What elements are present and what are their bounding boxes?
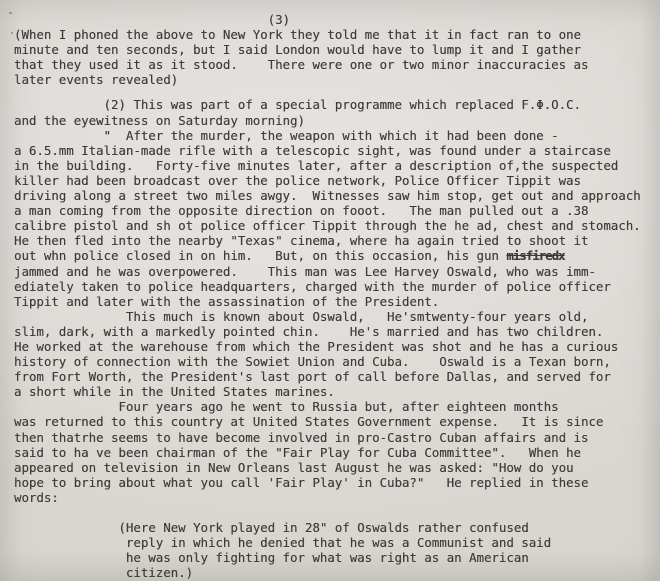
document-line: in the building. Forty-five minutes late… — [14, 158, 660, 173]
document-line: words: — [14, 490, 660, 505]
text-segment: He worked at the warehouse from which th… — [14, 339, 618, 354]
text-segment: jammed and he was overpowered. This man … — [14, 264, 596, 279]
text-segment: history of connection with the Sowiet Un… — [14, 354, 611, 369]
text-segment: killer had been broadcast over the polic… — [14, 173, 581, 188]
text-segment: (When I phoned the above to New York the… — [14, 27, 581, 42]
document-line: appeared on television in New Orleans la… — [14, 460, 660, 475]
text-segment: a short while in the United States marin… — [14, 384, 335, 399]
document-line: Tippit and later with the assassination … — [14, 294, 660, 309]
text-segment: appeared on television in New Orleans la… — [14, 460, 574, 475]
document-line: said to ha ve been chairman of the "Fair… — [14, 445, 660, 460]
text-segment: said to ha ve been chairman of the "Fair… — [14, 445, 581, 460]
document-line: a man coming from the opposite direction… — [14, 203, 660, 218]
text-segment: slim, dark, with a markedly pointed chin… — [14, 324, 603, 339]
document-line: then thatrhe seems to have become involv… — [14, 430, 660, 445]
document-line: driving along a street two miles awgy. W… — [14, 188, 660, 203]
document-line: Four years ago he went to Russia but, af… — [14, 399, 660, 414]
document-line: calibre pistol and sh ot police officer … — [14, 218, 660, 233]
document-line: reply in which he denied that he was a C… — [14, 535, 660, 550]
document-line: killer had been broadcast over the polic… — [14, 173, 660, 188]
document-line: a 6.5.mm Italian-made rifle with a teles… — [14, 143, 660, 158]
text-segment: then thatrhe seems to have become involv… — [14, 430, 588, 445]
document-line: that they used it as it stood. There wer… — [14, 57, 660, 72]
text-segment: reply in which he denied that he was a C… — [14, 535, 551, 550]
text-segment: This much is known about Oswald, He'smtw… — [14, 309, 588, 324]
text-segment: a 6.5.mm Italian-made rifle with a teles… — [14, 143, 611, 158]
text-segment: out whn police closed in on him. But, on… — [14, 248, 506, 263]
document-line: (When I phoned the above to New York the… — [14, 27, 660, 42]
document-line: citizen.) — [14, 565, 660, 580]
text-segment: (3) — [14, 12, 290, 27]
text-segment: Tippit and later with the assassination … — [14, 294, 439, 309]
text-segment: Four years ago he went to Russia but, af… — [14, 399, 559, 414]
text-segment: (2) This was part of a special programme… — [14, 97, 581, 112]
document-line: hope to bring about what you call 'Fair … — [14, 475, 660, 490]
document-line: history of connection with the Sowiet Un… — [14, 354, 660, 369]
document-line: ediately taken to police headquarters, c… — [14, 279, 660, 294]
text-segment: calibre pistol and sh ot police officer … — [14, 218, 641, 233]
text-segment: words: — [14, 490, 59, 505]
text-segment: (Here New York played in 28" of Oswalds … — [14, 520, 529, 535]
paper-speck — [9, 12, 12, 14]
scanned-typewritten-page: (3)(When I phoned the above to New York … — [0, 0, 660, 581]
text-segment: he was only fighting for what was right … — [14, 550, 529, 565]
blank-line — [14, 505, 660, 520]
document-line: and the eyewitness on Saturday morning) — [14, 113, 660, 128]
document-line: minute and ten seconds, but I said Londo… — [14, 42, 660, 57]
document-line: out whn police closed in on him. But, on… — [14, 248, 660, 263]
document-line: He worked at the warehouse from which th… — [14, 339, 660, 354]
text-segment: hope to bring about what you call 'Fair … — [14, 475, 588, 490]
document-line: This much is known about Oswald, He'smtw… — [14, 309, 660, 324]
document-line: from Fort Worth, the President's last po… — [14, 369, 660, 384]
text-segment: in the building. Forty-five minutes late… — [14, 158, 618, 173]
document-line: a short while in the United States marin… — [14, 384, 660, 399]
document-line: slim, dark, with a markedly pointed chin… — [14, 324, 660, 339]
document-line: (2) This was part of a special programme… — [14, 97, 660, 112]
text-segment: driving along a street two miles awgy. W… — [14, 188, 641, 203]
document-line: later events revealed) — [14, 72, 660, 87]
text-segment: from Fort Worth, the President's last po… — [14, 369, 611, 384]
document-line: He then fled into the nearby "Texas" cin… — [14, 233, 660, 248]
text-segment: was returned to this country at United S… — [14, 414, 603, 429]
page-number: (3) — [14, 12, 660, 27]
document-line: was returned to this country at United S… — [14, 414, 660, 429]
paper-speck — [11, 32, 13, 34]
document-line: " After the murder, the weapon with whic… — [14, 128, 660, 143]
text-segment: citizen.) — [14, 565, 193, 580]
document-line: jammed and he was overpowered. This man … — [14, 264, 660, 279]
text-segment: He then fled into the nearby "Texas" cin… — [14, 233, 588, 248]
text-segment: minute and ten seconds, but I said Londo… — [14, 42, 581, 57]
struck-out-word: misfiredx — [506, 248, 564, 263]
document-line: he was only fighting for what was right … — [14, 550, 660, 565]
text-segment: ediately taken to police headquarters, c… — [14, 279, 611, 294]
document-line: (Here New York played in 28" of Oswalds … — [14, 520, 660, 535]
text-segment: " After the murder, the weapon with whic… — [14, 128, 559, 143]
typewritten-document: (3)(When I phoned the above to New York … — [14, 12, 660, 580]
text-segment: that they used it as it stood. There wer… — [14, 57, 588, 72]
text-segment: later events revealed) — [14, 72, 178, 87]
text-segment: and the eyewitness on Saturday morning) — [14, 113, 305, 128]
text-segment: a man coming from the opposite direction… — [14, 203, 588, 218]
